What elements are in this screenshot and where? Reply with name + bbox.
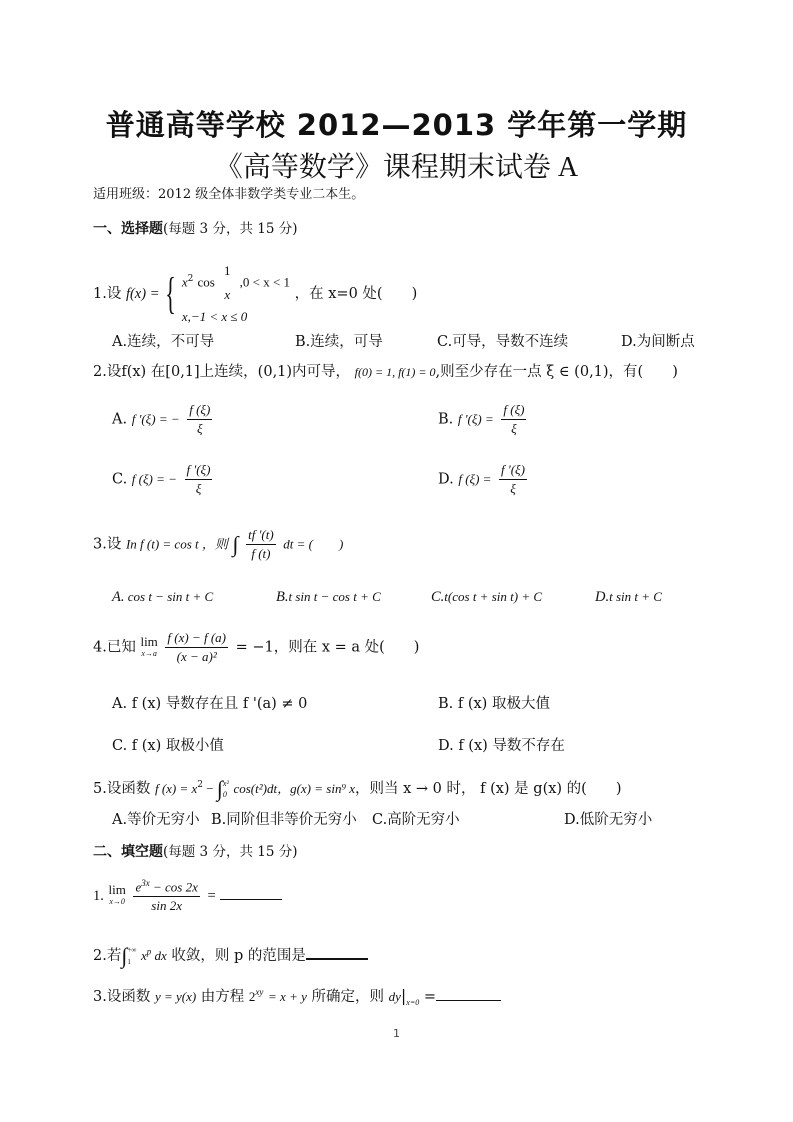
function-def: f(x) = (126, 286, 160, 302)
question-tail: ，在 x=0 处( ) (295, 286, 418, 302)
fill-question-3: 3.设函数 y = y(x) 由方程 2xy = x + y 所确定，则 dy|… (93, 985, 501, 1007)
q1-option-b[interactable]: B.连续，可导 (295, 330, 383, 351)
section-title: 一、选择题 (93, 221, 163, 237)
question-number: 2.若 (93, 948, 121, 964)
section-scoring: (每题 3 分，共 15 分) (163, 221, 297, 237)
q3-option-a[interactable]: A. cos t − sin t + C (112, 589, 213, 606)
q5-option-b[interactable]: B.同阶但非等价无穷小 (211, 808, 357, 829)
q3-option-c[interactable]: C.t(cos t + sin t) + C (431, 589, 542, 606)
question-number: 3.设函数 (93, 989, 150, 1005)
section-scoring: (每题 3 分，共 15 分) (163, 844, 297, 860)
q2-option-c[interactable]: C. f (ξ) = − f '(ξ)ξ (112, 462, 215, 497)
question-tail: dt = ( ) (283, 537, 343, 552)
question-condition: f(0) = 1, f(1) = 0 (355, 365, 436, 379)
q4-option-c[interactable]: C. f (x) 取极小值 (112, 734, 224, 755)
exam-title: 普通高等学校 2012—2013 学年第一学期 (0, 103, 793, 144)
integral-sign: ∫ (233, 532, 239, 557)
exam-subtitle: 《高等数学》课程期末试卷 A (0, 145, 793, 185)
q4-option-b[interactable]: B. f (x) 取极大值 (438, 692, 550, 713)
question-stem: f(x) 在[0,1]上连续，(0,1)内可导， (121, 364, 350, 380)
question-number: 5.设函数 (93, 781, 150, 797)
question-1: 1.设 f(x) = { x2 cos 1x ,0 < x < 1 x,−1 <… (93, 260, 417, 328)
question-number: 1. (93, 888, 104, 904)
question-tail: ,则至少存在一点 ξ ∈ (0,1)，有( ) (436, 364, 678, 380)
section-title: 二、填空题 (93, 844, 163, 860)
q2-option-b[interactable]: B. f '(ξ) = f (ξ)ξ (438, 402, 529, 437)
q1-option-a[interactable]: A.连续，不可导 (112, 330, 214, 351)
q5-option-d[interactable]: D.低阶无穷小 (564, 808, 652, 829)
question-number: 1.设 (93, 286, 121, 302)
q1-option-c[interactable]: C.可导，导数不连续 (437, 330, 568, 351)
section-heading-choice: 一、选择题(每题 3 分，共 15 分) (93, 217, 297, 238)
question-number: 3.设 (93, 537, 121, 553)
question-tail: 收敛，则 p 的范围是 (171, 948, 306, 964)
question-4: 4.已知 lim x→a f (x) − f (a)(x − a)² = −1，… (93, 630, 419, 665)
question-tail: = −1，则在 x = a 处( ) (236, 640, 420, 656)
q5-option-c[interactable]: C.高阶无穷小 (372, 808, 460, 829)
page-number: 1 (0, 1027, 793, 1040)
limit: lim x→0 (108, 884, 125, 908)
q2-option-d[interactable]: D. f (ξ) = f '(ξ)ξ (438, 462, 530, 497)
question-5: 5.设函数 f (x) = x2 − ∫x²0 cos(t²)dt，g(x) =… (93, 776, 621, 802)
q3-option-d[interactable]: D.t sin t + C (595, 589, 662, 606)
question-number: 2.设 (93, 364, 121, 380)
fill-question-1: 1. lim x→0 e3x − cos 2xsin 2x = (93, 878, 282, 914)
question-stem: In f (t) = cos t ，则 (126, 537, 228, 552)
cases-brace: { (165, 272, 176, 316)
q4-option-d[interactable]: D. f (x) 导数不存在 (438, 734, 565, 755)
answer-blank[interactable] (306, 958, 368, 960)
answer-blank[interactable] (436, 1000, 501, 1001)
q5-option-a[interactable]: A.等价无穷小 (112, 808, 200, 829)
q1-option-d[interactable]: D.为间断点 (621, 330, 695, 351)
question-3: 3.设 In f (t) = cos t ，则 ∫ tf '(t)f (t) d… (93, 527, 343, 562)
cases: x2 cos 1x ,0 < x < 1 x,−1 < x ≤ 0 (182, 260, 290, 328)
q3-option-b[interactable]: B.t sin t − cos t + C (276, 589, 381, 606)
applicable-class: 适用班级：2012 级全体非数学类专业二本生。 (93, 183, 364, 202)
q2-option-a[interactable]: A. f '(ξ) = − f (ξ)ξ (112, 402, 215, 437)
question-2: 2.设f(x) 在[0,1]上连续，(0,1)内可导， f(0) = 1, f(… (93, 360, 678, 381)
answer-blank[interactable] (220, 899, 282, 900)
question-number: 4.已知 (93, 640, 136, 656)
section-heading-fill: 二、填空题(每题 3 分，共 15 分) (93, 840, 297, 861)
question-tail: ，则当 x → 0 时， f (x) 是 g(x) 的( ) (355, 781, 621, 797)
q4-option-a[interactable]: A. f (x) 导数存在且 f '(a) ≠ 0 (112, 692, 307, 713)
limit: lim x→a (140, 636, 157, 660)
fill-question-2: 2.若∫+∞1 xp dx 收敛，则 p 的范围是 (93, 943, 368, 969)
